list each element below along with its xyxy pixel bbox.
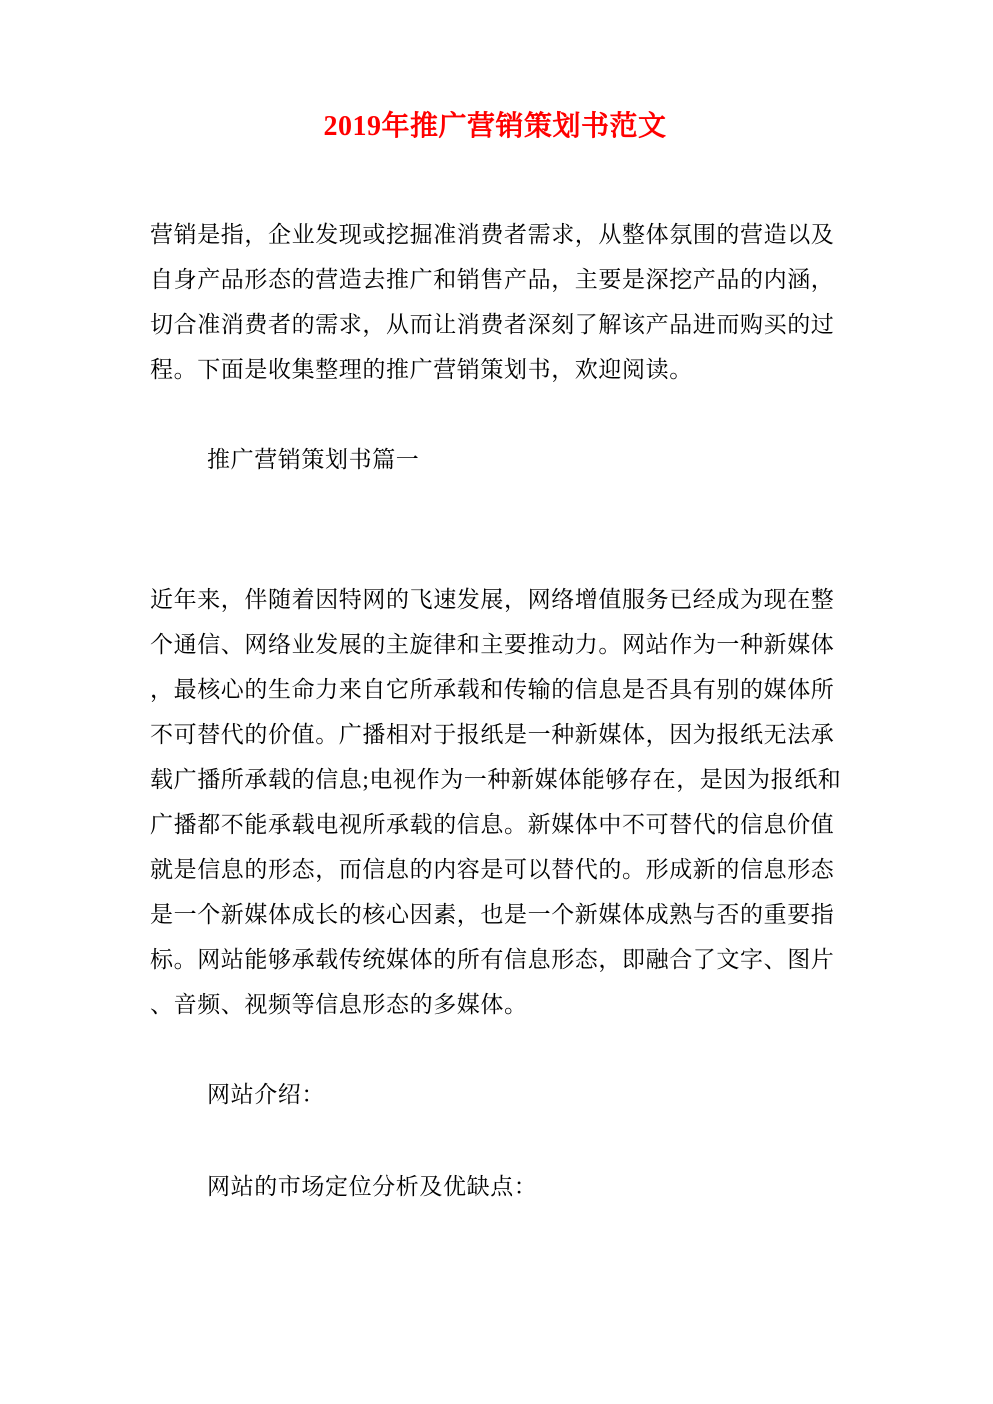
section-heading: 推广营销策划书篇一 — [150, 437, 840, 482]
paragraph-line: 自身产品形态的营造去推广和销售产品，主要是深挖产品的内涵， — [150, 257, 840, 302]
paragraph-line: 近年来，伴随着因特网的飞速发展，网络增值服务已经成为现在整 — [150, 577, 840, 622]
document-page: 2019年推广营销策划书范文 营销是指，企业发现或挖掘准消费者需求，从整体氛围的… — [0, 0, 993, 1404]
paragraph-line: 、音频、视频等信息形态的多媒体。 — [150, 982, 840, 1027]
paragraph-line: 是一个新媒体成长的核心因素，也是一个新媒体成熟与否的重要指 — [150, 892, 840, 937]
intro-paragraph: 营销是指，企业发现或挖掘准消费者需求，从整体氛围的营造以及自身产品形态的营造去推… — [150, 212, 840, 392]
paragraph-line: 载广播所承载的信息;电视作为一种新媒体能够存在，是因为报纸和 — [150, 757, 840, 802]
paragraph-line: 个通信、网络业发展的主旋律和主要推动力。网站作为一种新媒体 — [150, 622, 840, 667]
body-paragraph: 近年来，伴随着因特网的飞速发展，网络增值服务已经成为现在整个通信、网络业发展的主… — [150, 577, 840, 1027]
subheading-website-intro: 网站介绍： — [150, 1072, 840, 1117]
paragraph-line: 不可替代的价值。广播相对于报纸是一种新媒体，因为报纸无法承 — [150, 712, 840, 757]
subheading-market-analysis: 网站的市场定位分析及优缺点： — [150, 1164, 840, 1209]
paragraph-line: 广播都不能承载电视所承载的信息。新媒体中不可替代的信息价值 — [150, 802, 840, 847]
paragraph-line: 程。下面是收集整理的推广营销策划书，欢迎阅读。 — [150, 347, 840, 392]
paragraph-line: 切合准消费者的需求，从而让消费者深刻了解该产品进而购买的过 — [150, 302, 840, 347]
document-title: 2019年推广营销策划书范文 — [150, 0, 840, 148]
paragraph-line: ，最核心的生命力来自它所承载和传输的信息是否具有别的媒体所 — [150, 667, 840, 712]
paragraph-line: 营销是指，企业发现或挖掘准消费者需求，从整体氛围的营造以及 — [150, 212, 840, 257]
paragraph-line: 标。网站能够承载传统媒体的所有信息形态，即融合了文字、图片 — [150, 937, 840, 982]
paragraph-line: 就是信息的形态，而信息的内容是可以替代的。形成新的信息形态 — [150, 847, 840, 892]
